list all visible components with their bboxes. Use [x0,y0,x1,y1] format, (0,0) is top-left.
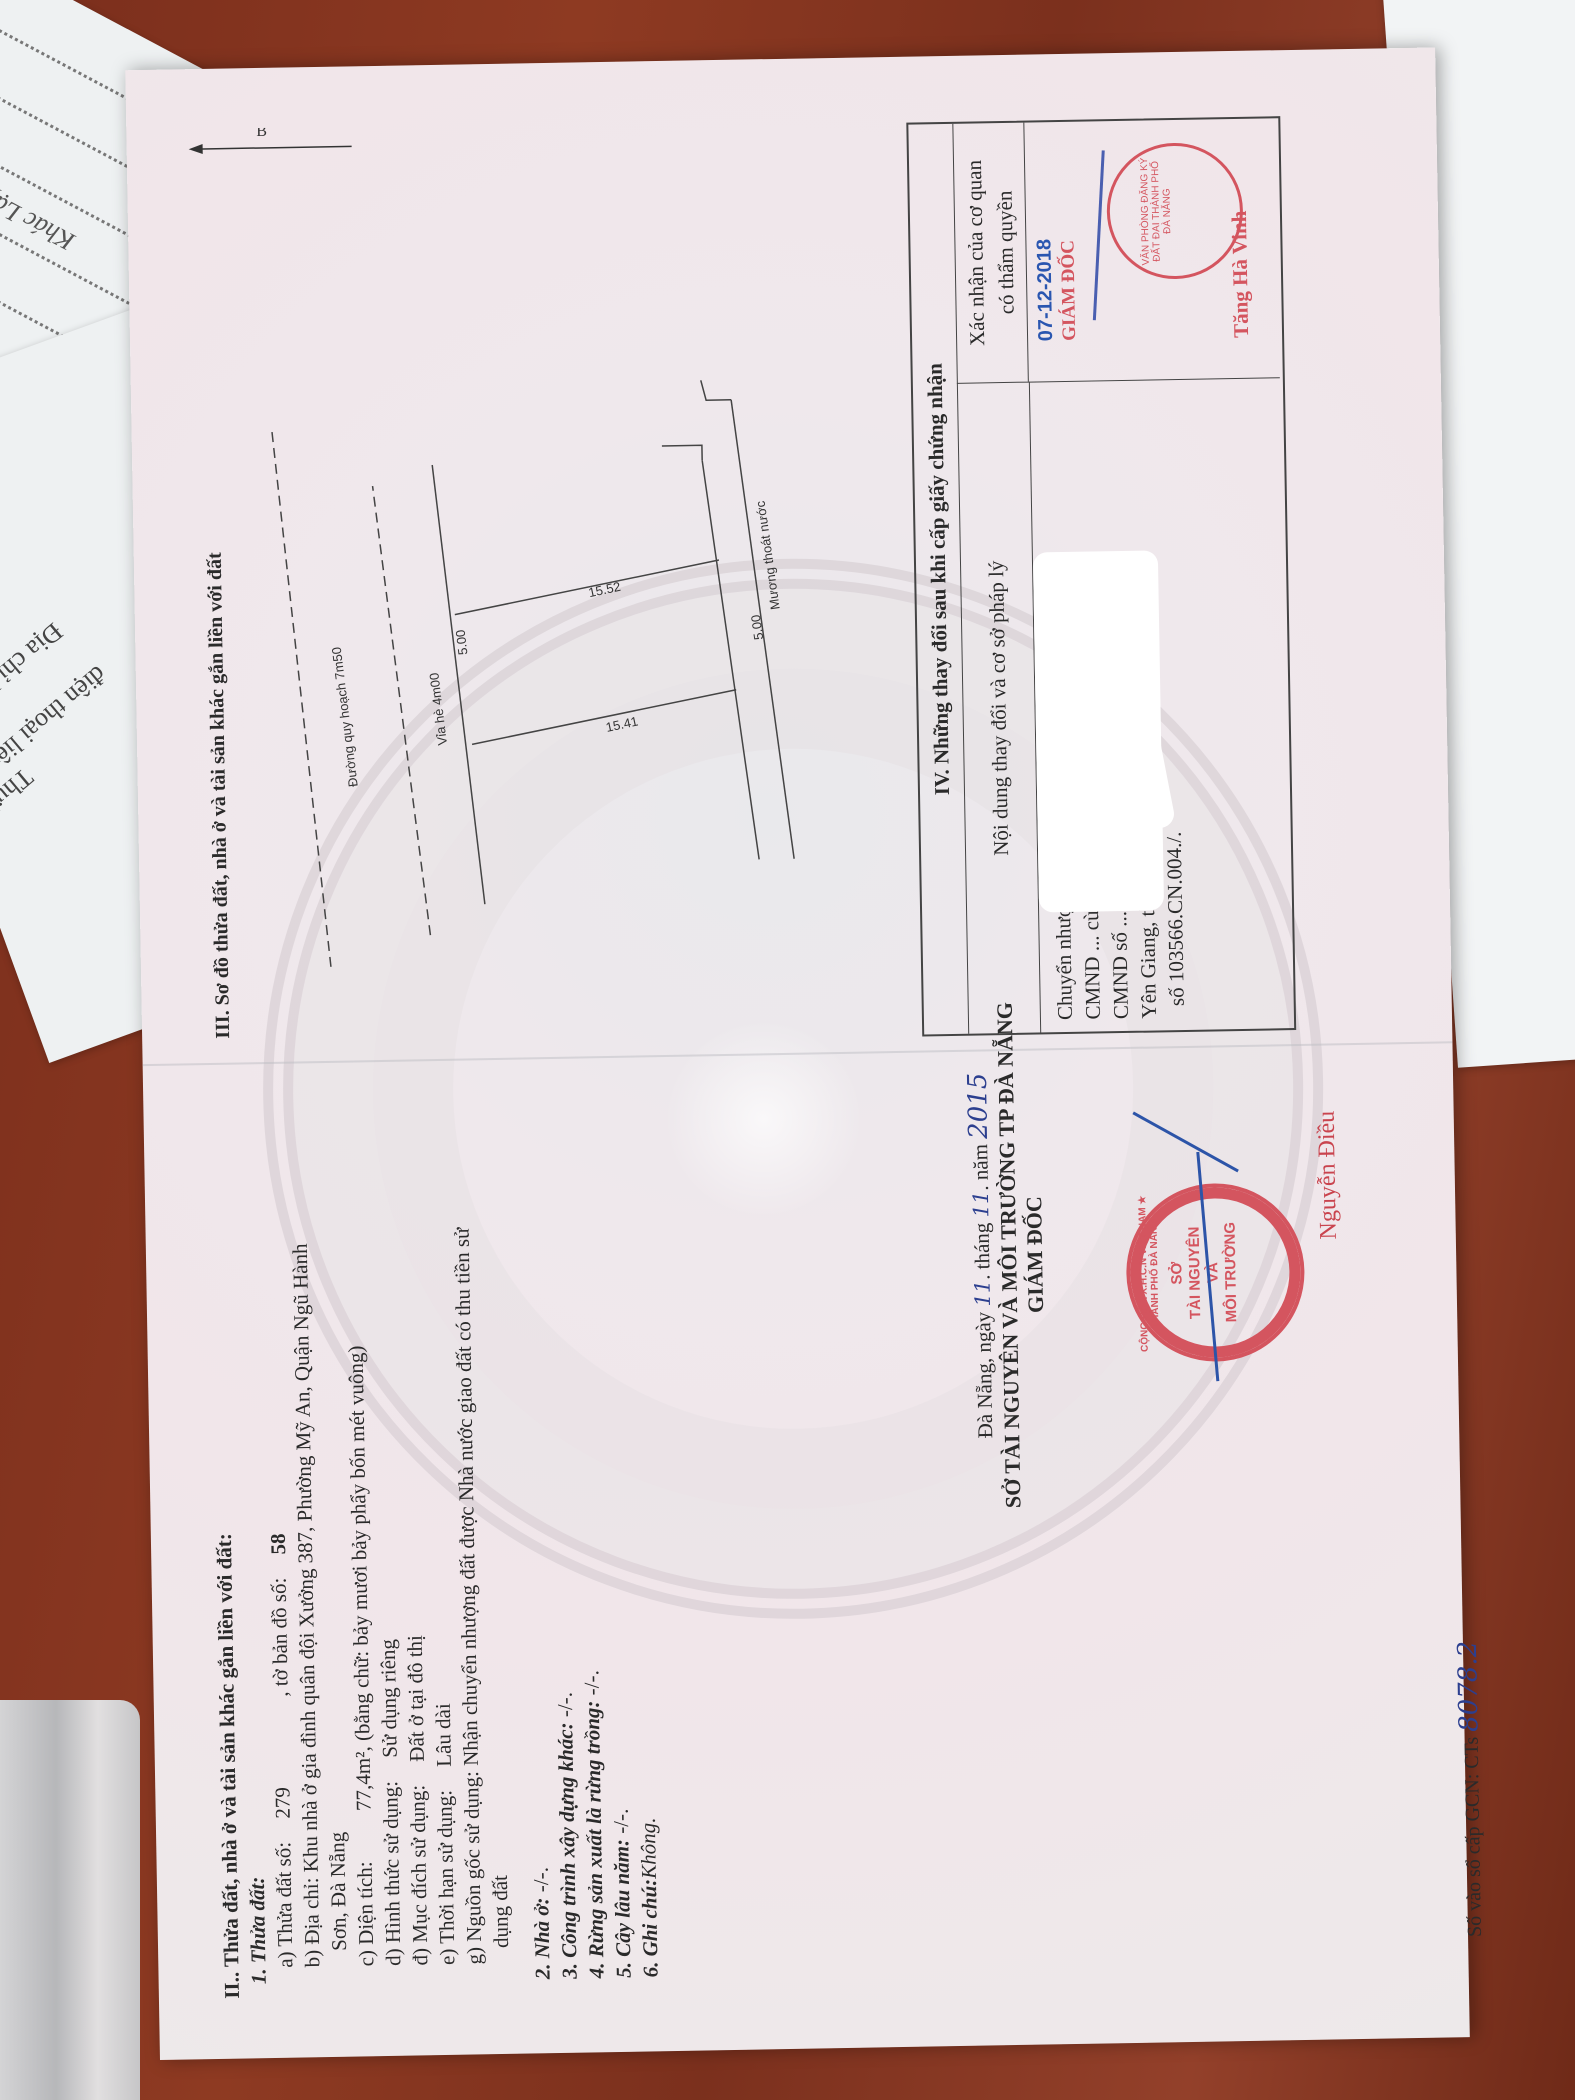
front-width: 5.00 [453,629,471,656]
usage-purpose: Đất ở tại đô thị [403,1635,430,1780]
changes-table: IV. Những thay đổi sau khi cấp giấy chứn… [906,116,1296,1036]
origin-label: g) Nguồn gốc sử dụng: [459,1771,486,1965]
confirmation-date: 07-12-2018 [1033,239,1058,342]
registry-office-seal: VĂN PHÒNG ĐĂNG KÝ ĐẤT ĐAI THÀNH PHỐ ĐÀ N… [1106,142,1244,280]
issuer-name: Nguyễn Điều [1314,1111,1343,1240]
left-page: II.. Thửa đất, nhà ở và tài sản khác gắn… [203,1078,1419,1999]
parcel-no: 279 [270,1787,295,1837]
land-certificate: II.. Thửa đất, nhà ở và tài sản khác gắn… [125,47,1470,2060]
plastic-sleeve [0,1700,140,2100]
area-value: 77,4m² [351,1751,376,1811]
handwriting: Khác Lập [0,182,80,256]
usage-purpose-label: đ) Mục đích sử dụng: [405,1785,432,1966]
change-entry-cell: Chuyển nhượng ... sinh năm 1994, CMND ..… [1030,377,1291,1032]
right-page: III. Sơ đồ thửa đất, nhà ở và tài sản kh… [186,88,1402,1049]
signature-stroke [1132,1112,1238,1173]
parcel-diagram: Mương thoát nước 5.00 15.41 15.52 5.00 V… [226,97,882,1028]
sidewalk-label: Vỉa hè 4m00 [426,672,450,746]
area-label: c) Diện tích: [353,1861,379,1966]
land-parcel-heading: 1. Thửa đất: [245,1876,271,1984]
origin-line2: dụng đất [488,1875,513,1948]
section-3-title: III. Sơ đồ thửa đất, nhà ở và tài sản kh… [204,552,235,1039]
address-line2: Sơn, Đà Nẵng [325,1832,351,1951]
confirmation-title: GIÁM ĐỐC [1057,240,1081,341]
map-sheet-no: 58 [266,1533,291,1572]
confirmation-cell: 07-12-2018 GIÁM ĐỐC VĂN PHÒNG ĐĂNG KÝ ĐẤ… [1025,118,1279,381]
register-number: Số vào sổ cấp GCN: CTs 8078.2 [1453,1641,1488,1938]
address-label: b) Địa chỉ: [299,1877,325,1967]
usage-form: Sử dụng riêng [376,1639,402,1776]
road-label: Đường quy hoạch 7m50 [329,646,361,788]
side-length-top: 15.41 [604,713,639,734]
signature-stroke [1093,150,1105,320]
column-header-confirmation: Xác nhận của cơ quan có thẩm quyền [952,123,1029,383]
issuer-signature-block: Đà Nẵng, ngày 11. tháng 11. năm 2015 SỞ … [962,994,1053,1515]
usage-term: Lâu dài [431,1703,456,1785]
confirmation-signer: Tăng Hà Vinh [1227,210,1254,338]
map-sheet-label: , tờ bản đồ số: [267,1577,293,1696]
area-words: , (bằng chữ: bảy mươi bảy phẩy bốn mét v… [344,1345,375,1751]
ditch-width: 5.00 [748,614,766,641]
column-header-changes: Nội dung thay đổi và cơ sở pháp lý [957,382,1041,1034]
parcel-no-label: a) Thửa đất số: [271,1842,297,1968]
usage-form-label: d) Hình thức sử dụng: [378,1781,405,1966]
usage-term-label: e) Thời hạn sử dụng: [432,1790,459,1965]
form-text: Thường [0,762,39,838]
side-length-bottom: 15.52 [587,579,622,600]
